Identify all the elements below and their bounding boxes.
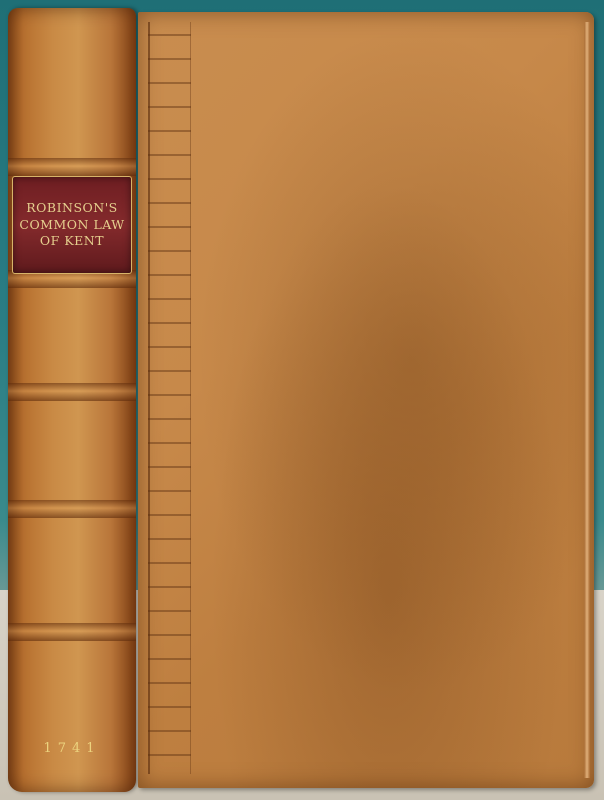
spine-raised-band [8,623,136,641]
spine-title-line: ROBINSON'S [26,202,117,215]
book-front-cover [138,12,594,788]
page-edge [584,22,590,778]
spine-year: 1741 [8,741,136,756]
spine-title-label: ROBINSON'S COMMON LAW OF KENT [12,176,132,274]
book-spine: ROBINSON'S COMMON LAW OF KENT 1741 [8,8,136,792]
spine-raised-band [8,158,136,176]
spine-title-line: COMMON LAW [19,219,124,232]
blind-tooled-border [148,22,191,774]
spine-raised-band [8,383,136,401]
spine-title-line: OF KENT [40,235,104,248]
spine-raised-band [8,500,136,518]
